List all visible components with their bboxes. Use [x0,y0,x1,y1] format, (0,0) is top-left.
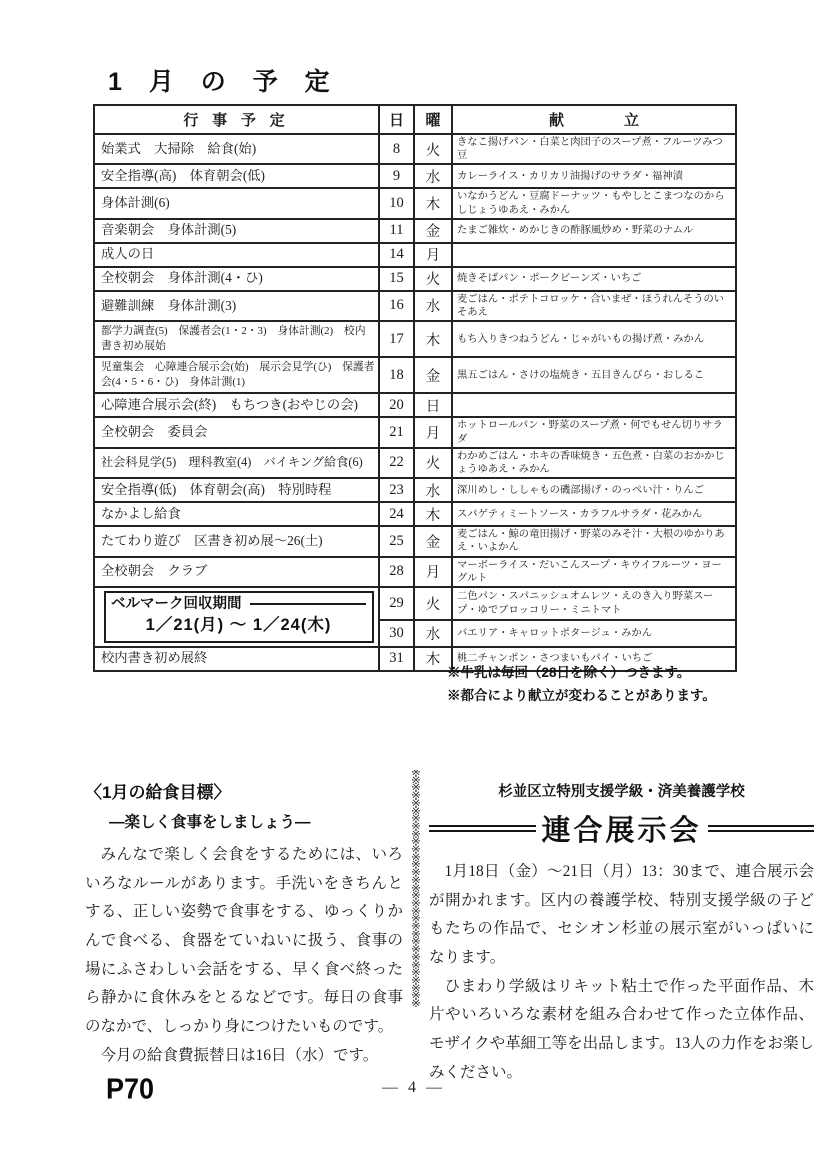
menu-cell: カレーライス・カリカリ油揚げのサラダ・福神漬 [452,164,736,188]
weekday-cell: 火 [414,134,452,164]
table-row: 安全指導(高) 体育朝会(低) 9 水 カレーライス・カリカリ油揚げのサラダ・福… [94,164,736,188]
day-cell: 9 [379,164,414,188]
lunch-goal-heading: 〈1月の給食目標〉 [85,778,403,803]
menu-cell [452,243,736,267]
weekday-cell: 水 [414,620,452,646]
weekday-cell: 水 [414,164,452,188]
day-cell: 15 [379,267,414,291]
weekday-cell: 木 [414,502,452,526]
table-row: 都学力調査(5) 保護者会(1・2・3) 身体計測(2) 校内書き初め展始 17… [94,321,736,357]
exhibition-heading: 連合展示会 [542,808,702,849]
day-cell: 21 [379,417,414,447]
day-cell: 11 [379,219,414,243]
events-cell: 安全指導(低) 体育朝会(高) 特別時程 [94,478,379,502]
menu-cell: スパゲティミートソース・カラフルサラダ・花みかん [452,502,736,526]
table-row: 全校朝会 クラブ 28 月 マーボーライス・だいこんスープ・キウイフルーツ・ヨー… [94,557,736,587]
schedule-table: 行 事 予 定 日 曜 献 立 始業式 大掃除 給食(始) 8 火 きなこ揚げパ… [93,104,737,672]
menu-cell: 麦ごはん・鯨の竜田揚げ・野菜のみそ汁・大根のゆかりあえ・いよかん [452,526,736,556]
weekday-cell: 月 [414,243,452,267]
day-cell: 24 [379,502,414,526]
weekday-cell: 月 [414,557,452,587]
events-cell: 社会科見学(5) 理科教室(4) バイキング給食(6) [94,448,379,478]
weekday-cell: 火 [414,448,452,478]
table-row: 全校朝会 委員会 21 月 ホットロールパン・野菜のスープ煮・何でもせん切りサラ… [94,417,736,447]
day-cell: 14 [379,243,414,267]
events-cell: 成人の日 [94,243,379,267]
bellmark-title: ベルマーク回収期間 [111,595,366,613]
table-notes: ※牛乳は毎回（28日を除く）つきます。 ※都合により献立が変わることがあります。 [447,662,716,708]
exhibition-paragraph-1: 1月18日（金）～21日（月）13：30まで、連合展示会が開かれます。区内の養護… [429,858,814,973]
table-row: 安全指導(低) 体育朝会(高) 特別時程 23 水 深川めし・ししゃもの磯部揚げ… [94,478,736,502]
note-milk: ※牛乳は毎回（28日を除く）つきます。 [447,662,716,685]
events-cell: 全校朝会 委員会 [94,417,379,447]
page-number: — 4 — [0,1079,827,1097]
lunch-goal-subheading: ―楽しく食事をしましょう― [109,810,403,832]
weekday-cell: 金 [414,526,452,556]
bellmark-period: 1／21(月) ～ 1／24(木) [111,615,366,636]
weekday-cell: 火 [414,587,452,620]
day-cell: 8 [379,134,414,164]
exhibition-column: 杉並区立特別支援学級・済美養護学校 連合展示会 1月18日（金）～21日（月）1… [429,778,814,1087]
weekday-cell: 火 [414,267,452,291]
col-header-weekday: 曜 [414,105,452,134]
menu-cell: わかめごはん・ホキの香味焼き・五色煮・白菜のおかかじょうゆあえ・みかん [452,448,736,478]
events-cell: 全校朝会 クラブ [94,557,379,587]
menu-cell: 焼きそばパン・ポークビーンズ・いちご [452,267,736,291]
table-row: 全校朝会 身体計測(4・ひ) 15 火 焼きそばパン・ポークビーンズ・いちご [94,267,736,291]
day-cell: 16 [379,291,414,321]
menu-cell: たまご雑炊・めかじきの酢豚風炒め・野菜のナムル [452,219,736,243]
events-cell: 音楽朝会 身体計測(5) [94,219,379,243]
table-row: 身体計測(6) 10 木 いなかうどん・豆腐ドーナッツ・もやしとこまつなのからし… [94,188,736,218]
menu-cell: ホットロールパン・野菜のスープ煮・何でもせん切りサラダ [452,417,736,447]
menu-cell: マーボーライス・だいこんスープ・キウイフルーツ・ヨーグルト [452,557,736,587]
menu-cell [452,393,736,417]
day-cell: 30 [379,620,414,646]
day-cell: 23 [379,478,414,502]
weekday-cell: 水 [414,478,452,502]
col-header-events: 行 事 予 定 [94,105,379,134]
events-cell: 都学力調査(5) 保護者会(1・2・3) 身体計測(2) 校内書き初め展始 [94,321,379,357]
col-header-menu: 献 立 [452,105,736,134]
table-row: 心障連合展示会(終) もちつき(おやじの会) 20 日 [94,393,736,417]
day-cell: 20 [379,393,414,417]
menu-cell: きなこ揚げパン・白菜と肉団子のスープ煮・フルーツみつ豆 [452,134,736,164]
day-cell: 29 [379,587,414,620]
weekday-cell: 月 [414,417,452,447]
weekday-cell: 木 [414,321,452,357]
day-cell: 17 [379,321,414,357]
exhibition-paragraph-2: ひまわり学級はリキット粘土で作った平面作品、木片やいろいろな素材を組み合わせて作… [429,973,814,1088]
note-menu-change: ※都合により献立が変わることがあります。 [447,685,716,708]
asterisk-divider: ※※※※※※※※※※※※※※※※※※※※※※※※※※※※※※※ [409,770,423,1010]
weekday-cell: 金 [414,357,452,393]
menu-cell: 麦ごはん・ポテトコロッケ・合いまぜ・ほうれんそうのいそあえ [452,291,736,321]
events-cell: 身体計測(6) [94,188,379,218]
menu-cell: もち入りきつねうどん・じゃがいもの揚げ煮・みかん [452,321,736,357]
table-row: 音楽朝会 身体計測(5) 11 金 たまご雑炊・めかじきの酢豚風炒め・野菜のナム… [94,219,736,243]
menu-cell: いなかうどん・豆腐ドーナッツ・もやしとこまつなのからしじょうゆあえ・みかん [452,188,736,218]
weekday-cell: 木 [414,188,452,218]
weekday-cell: 日 [414,393,452,417]
weekday-cell: 水 [414,291,452,321]
table-header-row: 行 事 予 定 日 曜 献 立 [94,105,736,134]
newsletter-page: 1 月 の 予 定 行 事 予 定 日 曜 献 立 始業式 大掃除 給食(始) … [0,0,827,1170]
table-row: たてわり遊び 区書き初め展～26(土) 25 金 麦ごはん・鯨の竜田揚げ・野菜の… [94,526,736,556]
lunch-goal-paragraph: みんなで楽しく会食をするためには、いろいろなルールがあります。手洗いをきちんとす… [85,841,403,1042]
table-row: ベルマーク回収期間 1／21(月) ～ 1／24(木) 29 火 二色パン・スパ… [94,587,736,620]
table-row: 成人の日 14 月 [94,243,736,267]
events-cell: 児童集会 心障連合展示会(始) 展示会見学(ひ) 保護者会(4・5・6・ひ) 身… [94,357,379,393]
events-cell: 安全指導(高) 体育朝会(低) [94,164,379,188]
events-cell: 校内書き初め展終 [94,647,379,671]
menu-cell: 黒五ごはん・さけの塩焼き・五目きんぴら・おしるこ [452,357,736,393]
bellmark-collection-box: ベルマーク回収期間 1／21(月) ～ 1／24(木) [104,591,374,643]
menu-cell: パエリア・キャロットポタージュ・みかん [452,620,736,646]
day-cell: 10 [379,188,414,218]
table-row: なかよし給食 24 木 スパゲティミートソース・カラフルサラダ・花みかん [94,502,736,526]
day-cell: 22 [379,448,414,478]
events-cell: たてわり遊び 区書き初め展～26(土) [94,526,379,556]
day-cell: 28 [379,557,414,587]
table-row: 社会科見学(5) 理科教室(4) バイキング給食(6) 22 火 わかめごはん・… [94,448,736,478]
table-row: 避難訓練 身体計測(3) 16 水 麦ごはん・ポテトコロッケ・合いまぜ・ほうれん… [94,291,736,321]
day-cell: 31 [379,647,414,671]
bellmark-period-cell: ベルマーク回収期間 1／21(月) ～ 1／24(木) [94,587,379,647]
page-title: 1 月 の 予 定 [108,62,340,98]
bottom-section: 〈1月の給食目標〉 ―楽しく食事をしましょう― みんなで楽しく会食をするためには… [85,778,814,1087]
col-header-day: 日 [379,105,414,134]
day-cell: 18 [379,357,414,393]
events-cell: 避難訓練 身体計測(3) [94,291,379,321]
exhibition-heading-row: 連合展示会 [429,808,814,849]
menu-cell: 深川めし・ししゃもの磯部揚げ・のっぺい汁・りんご [452,478,736,502]
events-cell: なかよし給食 [94,502,379,526]
lunch-fee-paragraph: 今月の給食費振替日は16日（水）です。 [85,1042,403,1071]
double-rule-left [429,825,536,832]
table-row: 児童集会 心障連合展示会(始) 展示会見学(ひ) 保護者会(4・5・6・ひ) 身… [94,357,736,393]
double-rule-right [708,825,815,832]
day-cell: 25 [379,526,414,556]
events-cell: 始業式 大掃除 給食(始) [94,134,379,164]
table-row: 始業式 大掃除 給食(始) 8 火 きなこ揚げパン・白菜と肉団子のスープ煮・フル… [94,134,736,164]
weekday-cell: 金 [414,219,452,243]
exhibition-school-line: 杉並区立特別支援学級・済美養護学校 [429,780,814,801]
lunch-goal-column: 〈1月の給食目標〉 ―楽しく食事をしましょう― みんなで楽しく会食をするためには… [85,778,403,1087]
menu-cell: 二色パン・スパニッシュオムレツ・えのき入り野菜スープ・ゆでブロッコリー・ミニトマ… [452,587,736,620]
events-cell: 全校朝会 身体計測(4・ひ) [94,267,379,291]
events-cell: 心障連合展示会(終) もちつき(おやじの会) [94,393,379,417]
